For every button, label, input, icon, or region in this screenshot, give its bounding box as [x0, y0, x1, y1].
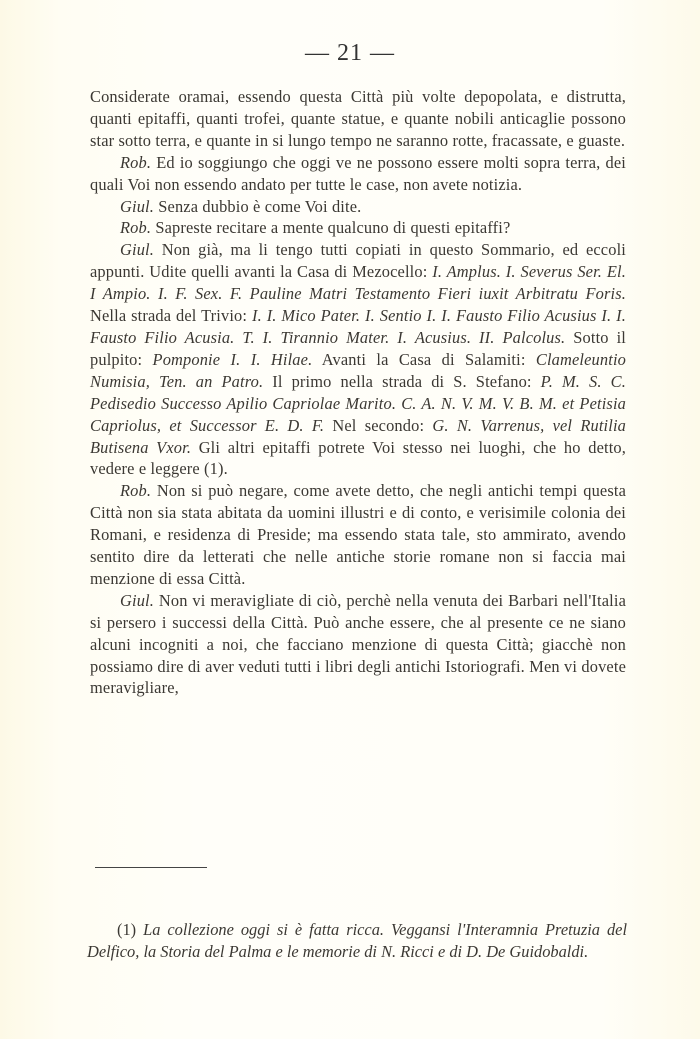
paragraph-text: Senza dubbio è come Voi dite. [154, 197, 361, 216]
paragraph-5: Rob. Non si può negare, come avete detto… [90, 480, 626, 590]
paragraph-text: Nella strada del Trivio: [90, 306, 252, 325]
paragraph-text: Avanti la Casa di Salamiti: [312, 350, 536, 369]
speaker-label: Rob. [120, 481, 151, 500]
paragraph-3: Rob. Sapreste recitare a mente qualcuno … [90, 217, 626, 239]
speaker-label: Giul. [120, 591, 154, 610]
speaker-label: Rob. [120, 153, 151, 172]
paragraph-4: Giul. Non già, ma li tengo tutti copiati… [90, 239, 626, 480]
paragraph-2: Giul. Senza dubbio è come Voi dite. [90, 196, 626, 218]
footnote: (1) La collezione oggi si è fatta ricca.… [87, 919, 627, 962]
paragraph-0: Considerate oramai, essendo questa Città… [90, 86, 626, 152]
paragraph-text: Non vi meravigliate di ciò, perchè nella… [90, 591, 626, 698]
speaker-label: Giul. [120, 240, 154, 259]
footnote-divider [95, 867, 207, 868]
footnote-marker: (1) [117, 920, 143, 939]
page-number: — 21 — [0, 40, 700, 67]
paragraph-text: Non si può negare, come avete detto, che… [90, 481, 626, 588]
paragraph-text: Nel secondo: [324, 416, 432, 435]
body-text: Considerate oramai, essendo questa Città… [90, 86, 626, 699]
paragraph-6: Giul. Non vi meravigliate di ciò, perchè… [90, 590, 626, 700]
footnote-text: La collezione oggi si è fatta ricca. Veg… [87, 920, 627, 961]
speaker-label: Rob. [120, 218, 151, 237]
paragraph-1: Rob. Ed io soggiungo che oggi ve ne poss… [90, 152, 626, 196]
paragraph-text: Sapreste recitare a mente qualcuno di qu… [151, 218, 510, 237]
epitaph-text: Pomponie I. I. Hilae. [153, 350, 313, 369]
paragraph-text: Il primo nella strada di S. Stefano: [263, 372, 540, 391]
paragraph-text: Ed io soggiungo che oggi ve ne possono e… [90, 153, 626, 194]
speaker-label: Giul. [120, 197, 154, 216]
